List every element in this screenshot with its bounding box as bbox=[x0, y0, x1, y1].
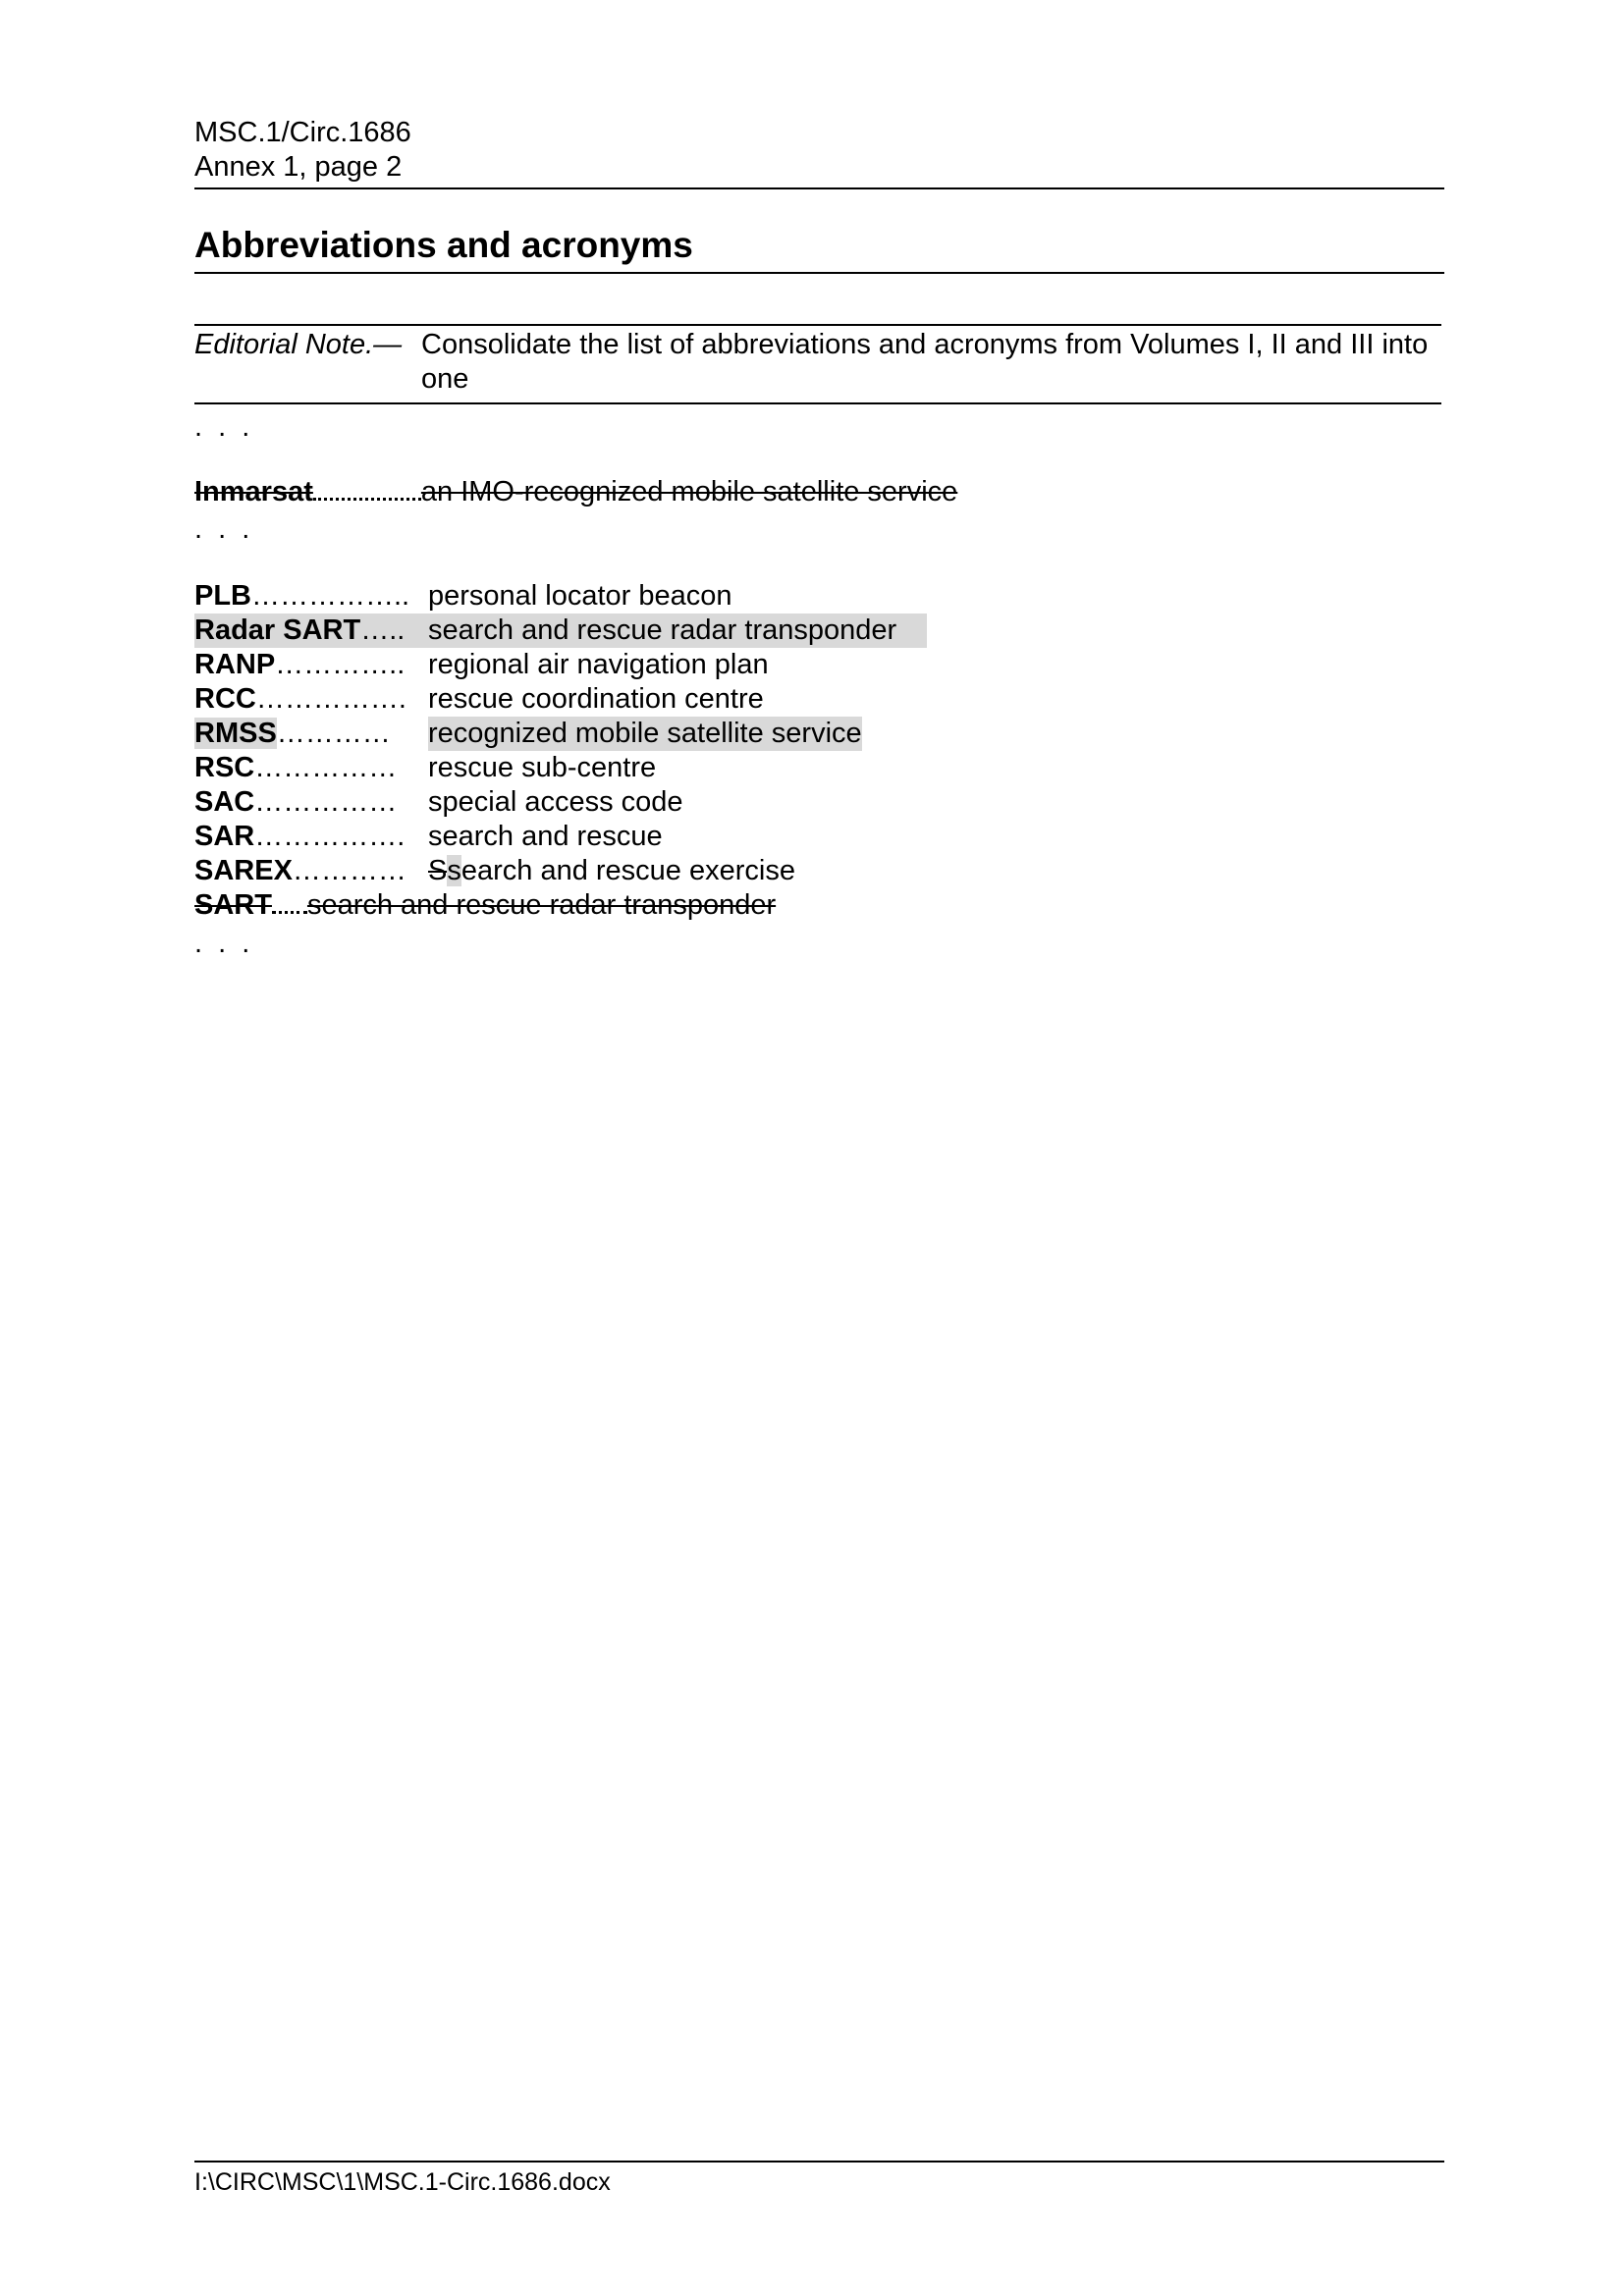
document-reference: MSC.1/Circ.1686 bbox=[194, 116, 411, 150]
entry-abbreviation: RMSS bbox=[194, 718, 277, 749]
entry-definition: recognized mobile satellite service bbox=[428, 717, 862, 751]
deleted-entry-inmarsat: Inmarsatan IMO-recognized mobile satelli… bbox=[194, 475, 957, 509]
page-header: MSC.1/Circ.1686 Annex 1, page 2 bbox=[194, 116, 411, 185]
entry-row: RSC…………… rescue sub-centre bbox=[194, 751, 397, 785]
ellipsis: . . . bbox=[194, 929, 253, 958]
entry-abbreviation: RANP bbox=[194, 649, 275, 680]
entry-row: RMSS………… recognized mobile satellite ser… bbox=[194, 717, 391, 751]
entry-definition: search and rescue bbox=[428, 820, 663, 854]
dot-leader: ……………. bbox=[254, 821, 405, 852]
entry-row: SAREX………… Ssearch and rescue exercise bbox=[194, 854, 406, 888]
footer-rule bbox=[194, 2161, 1444, 2163]
deleted-entry-sart: SARTsearch and rescue radar transponder bbox=[194, 888, 776, 923]
entry-row: RCC……………. rescue coordination centre bbox=[194, 682, 406, 717]
note-bottom-rule bbox=[194, 402, 1441, 404]
tab-leader bbox=[272, 889, 307, 914]
deleted-text: S bbox=[428, 855, 447, 886]
dot-leader: …………… bbox=[254, 786, 397, 818]
entry-row: RANP………….. regional air navigation plan bbox=[194, 648, 405, 682]
note-top-rule bbox=[194, 324, 1441, 326]
entry-abbreviation: RCC bbox=[194, 683, 256, 715]
entry-row: Radar SART….. search and rescue radar tr… bbox=[194, 614, 405, 648]
entry-abbreviation: SAC bbox=[194, 786, 254, 818]
entry-abbreviation: Radar SART bbox=[194, 614, 360, 646]
document-page: MSC.1/Circ.1686 Annex 1, page 2 Abbrevia… bbox=[0, 0, 1624, 2296]
entry-definition: rescue sub-centre bbox=[428, 751, 656, 785]
entry-row: PLB…………….. personal locator beacon bbox=[194, 579, 409, 614]
dot-leader: …………….. bbox=[251, 580, 409, 612]
title-rule bbox=[194, 272, 1444, 274]
definition-remainder: earch and rescue exercise bbox=[461, 855, 795, 886]
ellipsis: . . . bbox=[194, 514, 253, 544]
entry-abbreviation: SAREX bbox=[194, 855, 293, 886]
entry-definition: search and rescue radar transponder bbox=[307, 889, 776, 921]
entry-abbreviation: PLB bbox=[194, 580, 251, 612]
dot-leader: ………… bbox=[277, 718, 391, 749]
entry-row: SAR……………. search and rescue bbox=[194, 820, 405, 854]
entry-abbreviation: SART bbox=[194, 889, 272, 921]
entry-definition: an IMO-recognized mobile satellite servi… bbox=[421, 476, 957, 507]
entry-definition: personal locator beacon bbox=[428, 579, 732, 614]
editorial-note-text: Consolidate the list of abbreviations an… bbox=[421, 328, 1442, 397]
entry-definition: rescue coordination centre bbox=[428, 682, 764, 717]
entry-abbreviation: SAR bbox=[194, 821, 254, 852]
ellipsis: . . . bbox=[194, 412, 253, 442]
page-title: Abbreviations and acronyms bbox=[194, 224, 693, 267]
footer-file-path: I:\CIRC\MSC\1\MSC.1-Circ.1686.docx bbox=[194, 2167, 611, 2197]
entry-definition: special access code bbox=[428, 785, 683, 820]
dot-leader: ………….. bbox=[275, 649, 405, 680]
tab-leader bbox=[313, 476, 421, 501]
header-rule bbox=[194, 187, 1444, 189]
dot-leader: ………… bbox=[293, 855, 406, 886]
dot-leader: ….. bbox=[360, 614, 405, 646]
entry-definition: Ssearch and rescue exercise bbox=[428, 854, 795, 888]
entry-definition: search and rescue radar transponder bbox=[428, 614, 896, 648]
dot-leader: …………… bbox=[254, 752, 397, 783]
dot-leader: ……………. bbox=[256, 683, 406, 715]
entry-abbreviation: RSC bbox=[194, 752, 254, 783]
inserted-text: s bbox=[447, 855, 461, 886]
entry-abbreviation: Inmarsat bbox=[194, 476, 313, 507]
editorial-note-label: Editorial Note.— bbox=[194, 328, 402, 362]
entry-row: SAC…………… special access code bbox=[194, 785, 397, 820]
entry-definition: regional air navigation plan bbox=[428, 648, 769, 682]
annex-page-label: Annex 1, page 2 bbox=[194, 150, 411, 185]
